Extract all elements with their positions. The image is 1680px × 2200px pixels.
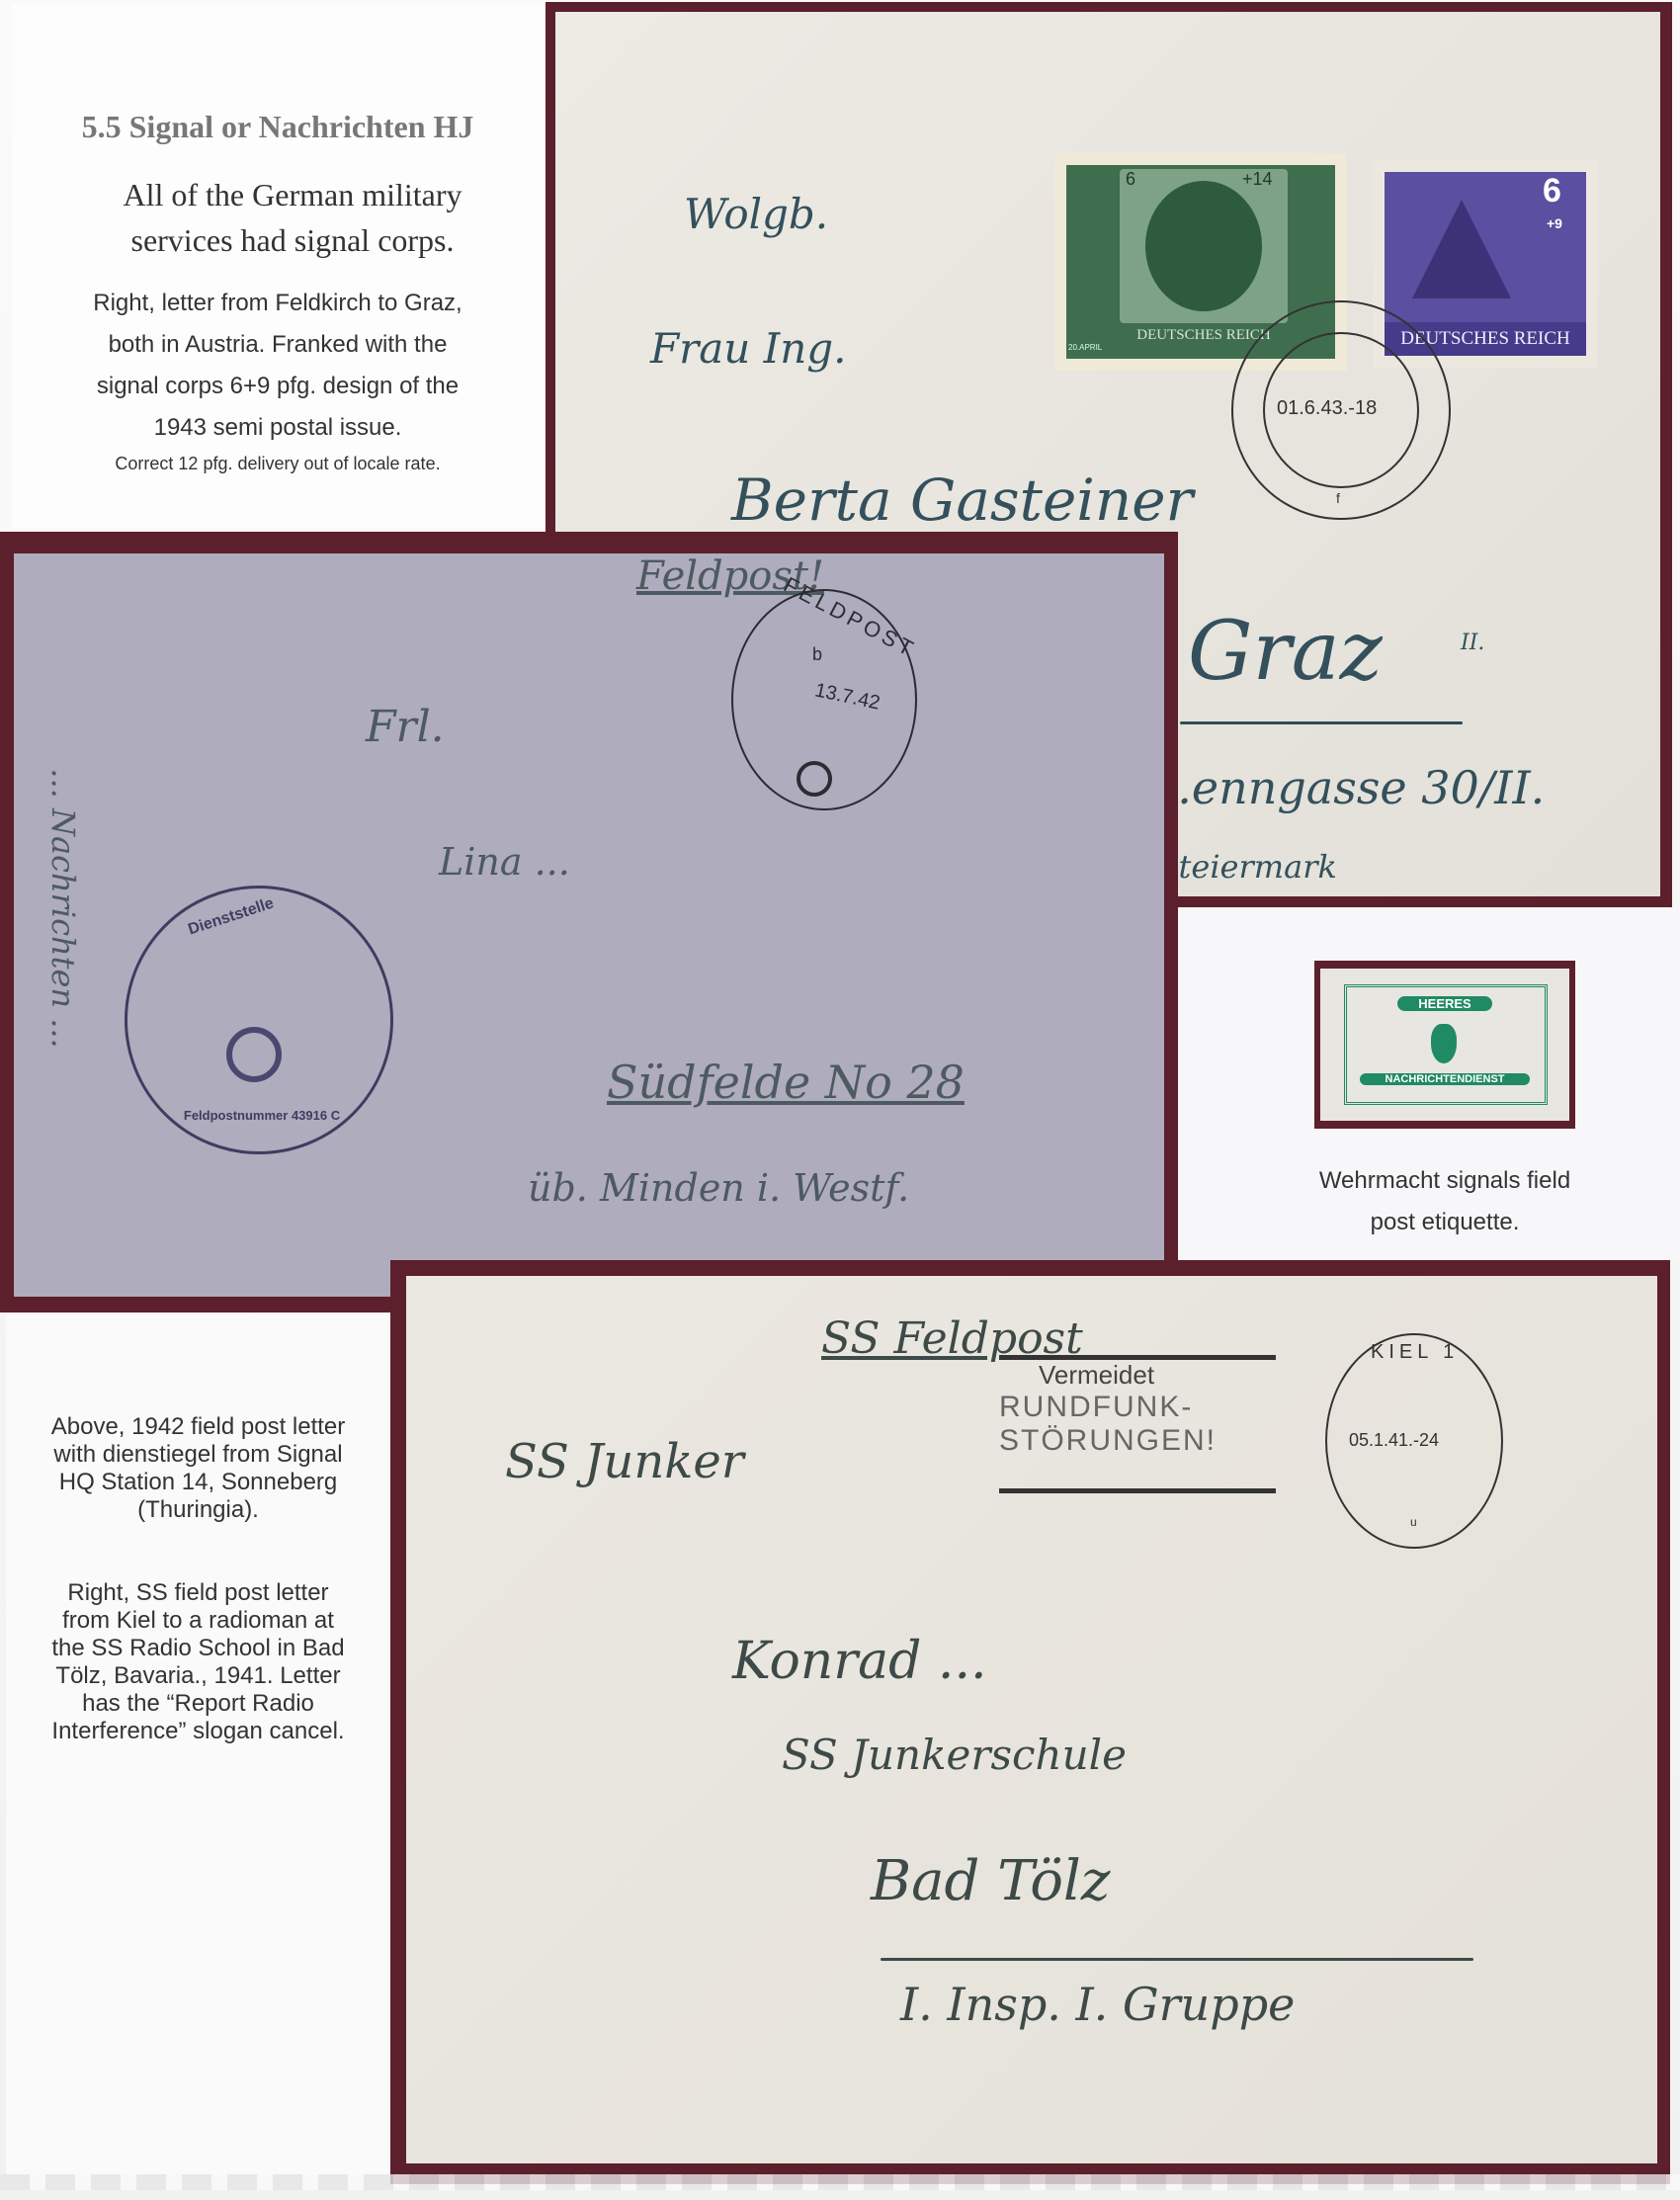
caption-line: Interference” slogan cancel. — [6, 1718, 390, 1745]
caption-line: 1943 semi postal issue. — [12, 407, 544, 449]
slogan-line-2: RUNDFUNK- — [999, 1391, 1276, 1424]
postmark-letter: f — [1336, 490, 1340, 506]
postmark-kiel: KIEL 1 05.1.41.-24 u — [1325, 1333, 1503, 1549]
address-name: Konrad ... — [732, 1632, 987, 1691]
caption-line: has the “Report Radio — [6, 1690, 390, 1718]
address-school: SS Junkerschule — [782, 1731, 1127, 1779]
address-city: Graz — [1188, 605, 1383, 699]
eagle-icon — [797, 761, 832, 797]
cover-kiel: SS Feldpost Vermeidet RUNDFUNK- STÖRUNGE… — [406, 1276, 1657, 2163]
lower-caption-panel: Above, 1942 field post letter with diens… — [6, 1314, 390, 2174]
stamp-value: 6 — [1126, 169, 1135, 190]
caption-line: with dienstiegel from Signal — [6, 1441, 390, 1469]
intro-text: All of the German military services had … — [101, 172, 484, 263]
postmark-feldkirch: 01.6.43.-18 f — [1231, 300, 1451, 520]
caption-line: both in Austria. Franked with the — [12, 324, 544, 366]
cover-feldpost: Feldpost! FELDPOST b 13.7.42 Frl. Lina .… — [14, 553, 1164, 1297]
stamp-surcharge: +14 — [1242, 169, 1273, 190]
address-region: üb. Minden i. Westf. — [528, 1166, 909, 1210]
caption-line: from Kiel to a radioman at — [6, 1607, 390, 1635]
caption-line: Right, SS field post letter — [6, 1579, 390, 1607]
caption-line: Above, 1942 field post letter — [6, 1413, 390, 1441]
seal-bottom-text: Feldpostnummer 43916 C — [151, 1108, 373, 1123]
sender-vertical: ... Nachrichten ... — [44, 562, 82, 1254]
address-rank: SS Junker — [505, 1434, 744, 1489]
address-title: Frau Ing. — [650, 324, 847, 373]
eagle-icon — [226, 1027, 282, 1082]
caption-line: signal corps 6+9 pfg. design of the — [12, 366, 544, 407]
caption-line: the SS Radio School in Bad — [6, 1635, 390, 1662]
slogan-line-3: STÖRUNGEN! — [999, 1424, 1276, 1458]
address-title: Frl. — [366, 702, 445, 752]
etiquette-bottom-text: NACHRICHTENDIENST — [1360, 1073, 1530, 1085]
address-district: II. — [1461, 631, 1484, 655]
slogan-line-1: Vermeidet — [1039, 1360, 1276, 1391]
caption-dienstsiegel: Above, 1942 field post letter with diens… — [6, 1413, 390, 1524]
city-underline — [1180, 721, 1463, 724]
stamp-date: 20.APRIL — [1068, 343, 1102, 352]
sheet-perforation — [0, 2174, 1680, 2190]
dienststelle-seal: Dienststelle Feldpostnummer 43916 C — [125, 886, 393, 1154]
stamp-value: 6 — [1543, 172, 1561, 211]
etiquette-mount: HEERES NACHRICHTENDIENST — [1314, 961, 1575, 1129]
address-unit: I. Insp. I. Gruppe — [900, 1978, 1295, 2031]
etiquette-caption: Wehrmacht signals field post etiquette. — [1237, 1160, 1652, 1243]
etiquette-label: HEERES NACHRICHTENDIENST — [1320, 969, 1569, 1121]
caption-line: Right, letter from Feldkirch to Graz, — [12, 283, 544, 324]
postmark-date: 01.6.43.-18 — [1277, 397, 1377, 420]
caption-note: Correct 12 pfg. delivery out of locale r… — [12, 449, 544, 478]
section-title: 5.5 Signal or Nachrichten HJ — [12, 109, 544, 145]
address-street: ...enngasse 30/II. — [1148, 761, 1545, 814]
etiquette-panel: HEERES NACHRICHTENDIENST Wehrmacht signa… — [1178, 907, 1680, 1260]
postmark-letter: b — [812, 644, 822, 665]
caption-line: Wehrmacht signals field — [1237, 1160, 1652, 1202]
slogan-cancel: Vermeidet RUNDFUNK- STÖRUNGEN! — [999, 1355, 1276, 1493]
top-caption: Right, letter from Feldkirch to Graz, bo… — [12, 283, 544, 478]
address-name: Berta Gasteiner — [731, 466, 1193, 534]
caption-line: HQ Station 14, Sonneberg — [6, 1469, 390, 1496]
caption-line: post etiquette. — [1237, 1202, 1652, 1243]
town-underline — [881, 1958, 1473, 1961]
postmark-town: KIEL 1 — [1371, 1341, 1459, 1364]
address-town: Bad Tölz — [871, 1849, 1110, 1913]
address-salutation: Wolgb. — [684, 190, 828, 238]
cover-kiel-mount: SS Feldpost Vermeidet RUNDFUNK- STÖRUNGE… — [390, 1260, 1670, 2184]
caption-kiel: Right, SS field post letter from Kiel to… — [6, 1579, 390, 1745]
intro-panel: 5.5 Signal or Nachrichten HJ All of the … — [12, 4, 544, 528]
postmark-letter: u — [1410, 1515, 1417, 1529]
caption-line: (Thuringia). — [6, 1496, 390, 1524]
stamp-surcharge: +9 — [1547, 215, 1562, 231]
postmark-title: FELDPOST — [780, 572, 921, 664]
postmark-feldpost: FELDPOST b 13.7.42 — [731, 589, 917, 810]
postmark-date: 05.1.41.-24 — [1349, 1430, 1439, 1451]
eagle-icon — [1431, 1024, 1457, 1063]
etiquette-top-text: HEERES — [1397, 996, 1492, 1011]
cover-feldpost-mount: Feldpost! FELDPOST b 13.7.42 Frl. Lina .… — [0, 532, 1178, 1312]
address-town: Südfelde No 28 — [607, 1056, 965, 1109]
postmark-date: 13.7.42 — [812, 679, 882, 715]
caption-line: Tölz, Bavaria., 1941. Letter — [6, 1662, 390, 1690]
seal-top-text: Dienststelle — [186, 895, 276, 940]
address-name: Lina ... — [439, 840, 570, 884]
